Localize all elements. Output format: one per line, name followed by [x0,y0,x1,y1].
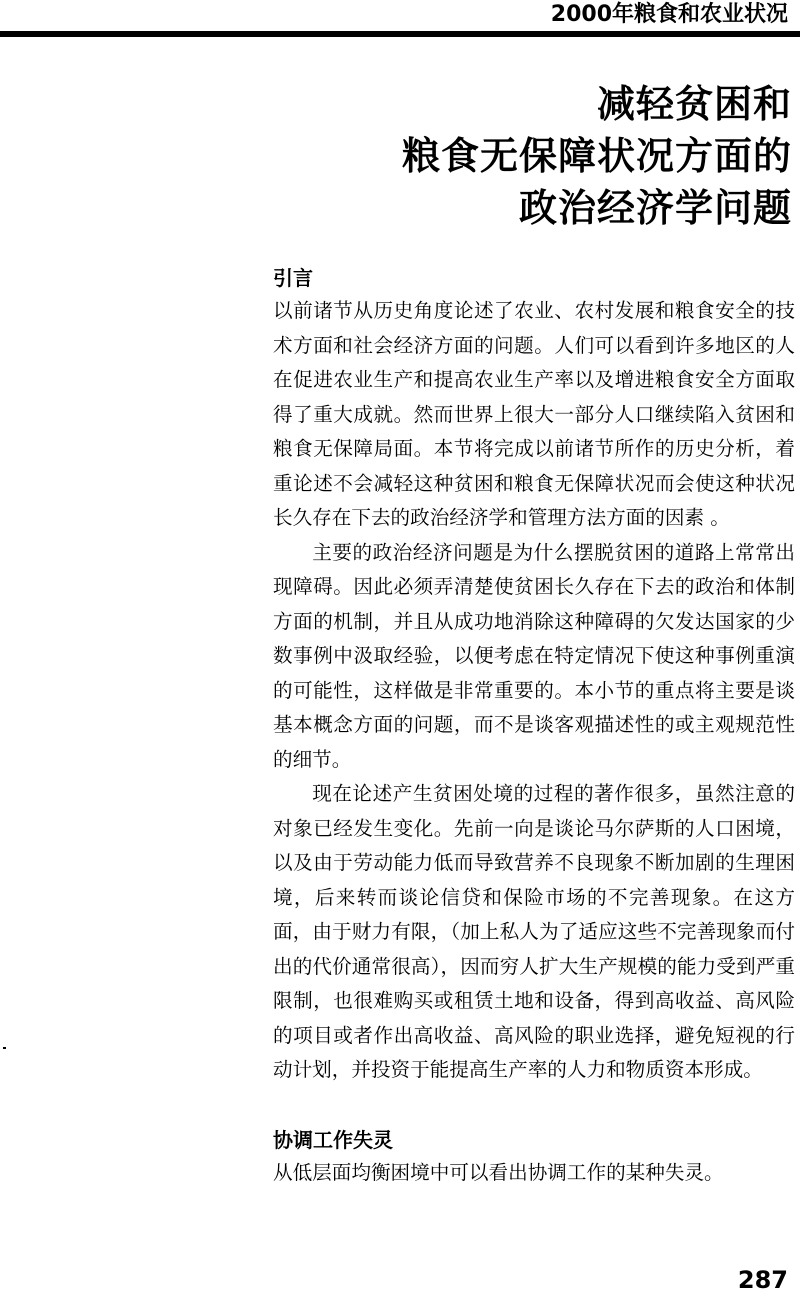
body-content: 引言 以前诸节从历史角度论述了农业、农村发展和粮食安全的技术方面和社会经济方面的… [273,264,795,1190]
paragraph: 主要的政治经济问题是为什么摆脱贫困的道路上常常出现障碍。因此必须弄清楚使贫困长久… [273,536,795,778]
chapter-title-line-3: 政治经济学问题 [402,182,792,234]
paragraph: 从低层面均衡困境中可以看出协调工作的某种失灵。 [273,1156,795,1191]
section-spacer [273,1088,795,1126]
page-number: 287 [738,1267,788,1293]
running-header-title: 2000年粮食和农业状况 [551,2,788,28]
section-heading-coordination-failure: 协调工作失灵 [273,1126,795,1156]
chapter-title-line-1: 减轻贫困和 [402,78,792,130]
section-heading-introduction: 引言 [273,264,795,294]
header-rule [0,31,800,37]
chapter-title-line-2: 粮食无保障状况方面的 [402,130,792,182]
scan-speck [3,1047,6,1049]
chapter-title: 减轻贫困和 粮食无保障状况方面的 政治经济学问题 [402,78,792,234]
paragraph: 以前诸节从历史角度论述了农业、农村发展和粮食安全的技术方面和社会经济方面的问题。… [273,294,795,536]
paragraph: 现在论述产生贫困处境的过程的著作很多，虽然注意的对象已经发生变化。先前一向是谈论… [273,777,795,1088]
